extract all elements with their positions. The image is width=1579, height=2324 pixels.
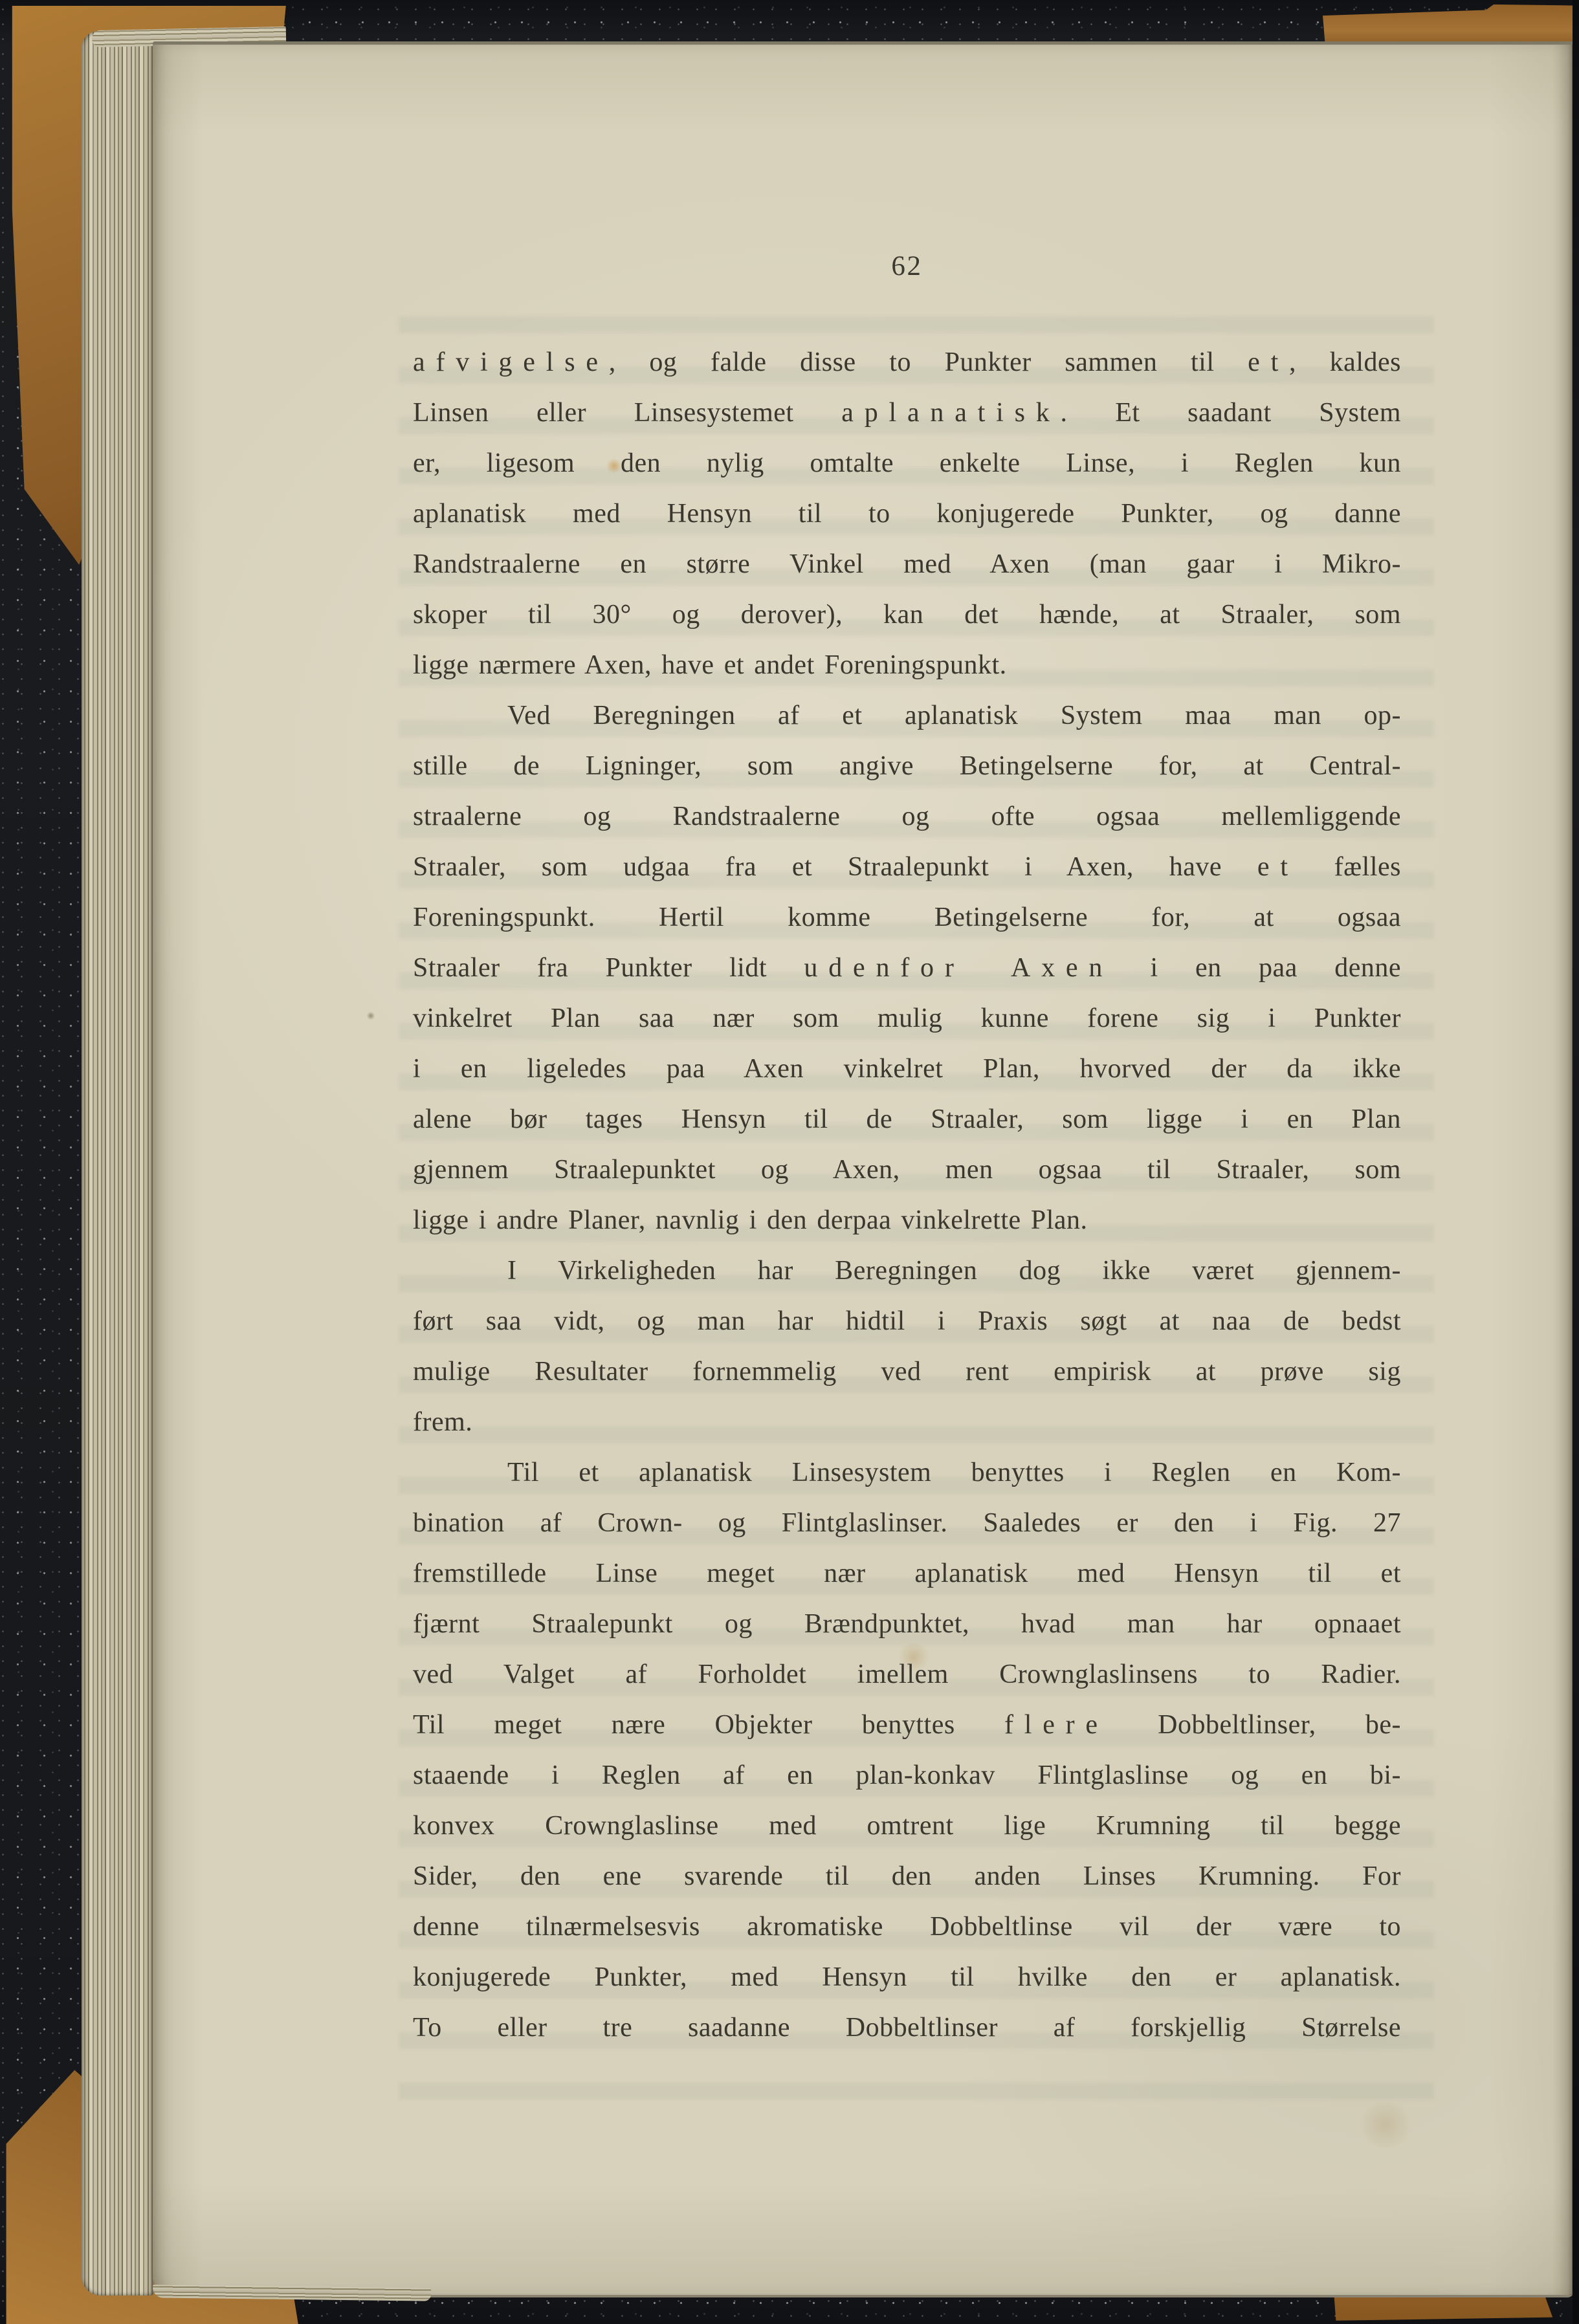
text-segment: bination af Crown- og Flintglaslinser. S… <box>413 1508 1401 1538</box>
text-line: Foreningspunkt. Hertil komme Betingelser… <box>413 892 1401 943</box>
paper-stain <box>1356 2102 1415 2147</box>
letterspaced-text: et <box>1248 347 1289 377</box>
text-segment: Sider, den ene svarende til den anden Li… <box>413 1861 1401 1891</box>
text-line: frem. <box>413 1397 1401 1447</box>
paper-stain <box>366 1012 375 1020</box>
text-line: Straaler, som udgaa fra et Straalepunkt … <box>413 842 1401 892</box>
text-segment: Til et aplanatisk Linsesystem benyttes i… <box>507 1458 1401 1487</box>
text-segment: ligge nærmere Axen, have et andet Foreni… <box>413 650 1007 680</box>
text-line: bination af Crown- og Flintglaslinser. S… <box>413 1498 1401 1548</box>
text-segment: Til meget nære Objekter benyttes <box>413 1710 1004 1740</box>
text-line: Ved Beregningen af et aplanatisk System … <box>413 690 1401 741</box>
text-segment: konjugerede Punkter, med Hensyn til hvil… <box>413 1962 1401 1992</box>
text-segment: Ved Beregningen af et aplanatisk System … <box>507 701 1401 730</box>
text-line: mulige Resultater fornemmelig ved rent e… <box>413 1346 1401 1397</box>
text-segment: fjærnt Straalepunkt og Brændpunktet, hva… <box>413 1609 1401 1639</box>
text-line: er, ligesom den nylig omtalte enkelte Li… <box>413 438 1401 488</box>
text-line: afvigelse, og falde disse to Punkter sam… <box>413 337 1401 388</box>
text-line: Til meget nære Objekter benyttes flere D… <box>413 1700 1401 1750</box>
book-page: 62 afvigelse, og falde disse to Punkter … <box>153 41 1574 2297</box>
text-segment: Dobbeltlinser, be- <box>1109 1710 1401 1740</box>
text-line: Straaler fra Punkter lidt udenfor Axen i… <box>413 943 1401 993</box>
text-segment: gjennem Straalepunktet og Axen, men ogsa… <box>413 1155 1401 1185</box>
text-segment: Straaler fra Punkter lidt <box>413 953 804 983</box>
text-segment: Randstraalerne en større Vinkel med Axen… <box>413 549 1401 579</box>
text-line: fremstillede Linse meget nær aplanatisk … <box>413 1548 1401 1599</box>
text-line: aplanatisk med Hensyn til to konjugerede… <box>413 488 1401 539</box>
text-segment: ligge i andre Planer, navnlig i den derp… <box>413 1205 1088 1235</box>
text-segment: i en paa denne <box>1113 953 1401 983</box>
text-segment: I Virkeligheden har Beregningen dog ikke… <box>507 1256 1401 1286</box>
text-segment: Linsen eller Linsesystemet <box>413 398 841 428</box>
book-photo: 62 afvigelse, og falde disse to Punkter … <box>0 0 1579 2324</box>
text-segment: Straaler, som udgaa fra et Straalepunkt … <box>413 852 1257 882</box>
text-segment: ført saa vidt, og man har hidtil i Praxi… <box>413 1306 1401 1336</box>
text-segment: frem. <box>413 1407 472 1437</box>
page-number: 62 <box>413 250 1401 283</box>
letterspaced-text: aplanatisk <box>841 398 1060 428</box>
text-segment: Foreningspunkt. Hertil komme Betingelser… <box>413 903 1401 932</box>
text-segment: aplanatisk med Hensyn til to konjugerede… <box>413 499 1401 529</box>
text-segment: . Et saadant System <box>1061 398 1401 428</box>
text-line: stille de Ligninger, som angive Betingel… <box>413 741 1401 791</box>
text-line: Til et aplanatisk Linsesystem benyttes i… <box>413 1447 1401 1498</box>
cover-edge-right <box>1573 0 1579 2324</box>
text-line: ligge nærmere Axen, have et andet Foreni… <box>413 640 1401 690</box>
text-segment: staaende i Reglen af en plan-konkav Flin… <box>413 1760 1401 1790</box>
text-segment: straalerne og Randstraalerne og ofte ogs… <box>413 802 1401 831</box>
text-segment: i en ligeledes paa Axen vinkelret Plan, … <box>413 1054 1401 1084</box>
page-fore-edge-right <box>1552 45 1574 2295</box>
text-line: fjærnt Straalepunkt og Brændpunktet, hva… <box>413 1599 1401 1649</box>
letterspaced-text: flere <box>1004 1710 1109 1740</box>
text-segment: ved Valget af Forholdet imellem Crowngla… <box>413 1660 1401 1689</box>
text-line: I Virkeligheden har Beregningen dog ikke… <box>413 1245 1401 1296</box>
text-segment: , og falde disse to Punkter sammen til <box>609 347 1248 377</box>
text-segment: vinkelret Plan saa nær som mulig kunne f… <box>413 1003 1401 1033</box>
text-segment: er, ligesom den nylig omtalte enkelte Li… <box>413 448 1401 478</box>
letterspaced-text: udenfor Axen <box>804 953 1113 983</box>
text-segment: skoper til 30° og derover), kan det hænd… <box>413 600 1401 630</box>
text-line: konvex Crownglaslinse med omtrent lige K… <box>413 1801 1401 1851</box>
text-line: ligge i andre Planer, navnlig i den derp… <box>413 1195 1401 1245</box>
text-line: straalerne og Randstraalerne og ofte ogs… <box>413 791 1401 842</box>
text-segment: , kaldes <box>1289 347 1401 377</box>
text-line: Sider, den ene svarende til den anden Li… <box>413 1851 1401 1902</box>
page-edge-stack-left <box>82 31 154 2296</box>
text-line: ved Valget af Forholdet imellem Crowngla… <box>413 1649 1401 1700</box>
text-segment: alene bør tages Hensyn til de Straaler, … <box>413 1104 1401 1134</box>
text-line: ført saa vidt, og man har hidtil i Praxi… <box>413 1296 1401 1346</box>
text-line: Linsen eller Linsesystemet aplanatisk. E… <box>413 388 1401 438</box>
text-segment: fremstillede Linse meget nær aplanatisk … <box>413 1559 1401 1588</box>
text-segment: To eller tre saadanne Dobbeltlinser af f… <box>413 2013 1401 2043</box>
text-line: skoper til 30° og derover), kan det hænd… <box>413 589 1401 640</box>
text-block: afvigelse, og falde disse to Punkter sam… <box>413 337 1401 2053</box>
text-segment: denne tilnærmelsesvis akromatiske Dobbel… <box>413 1912 1401 1942</box>
text-line: alene bør tages Hensyn til de Straaler, … <box>413 1094 1401 1145</box>
text-line: konjugerede Punkter, med Hensyn til hvil… <box>413 1952 1401 2002</box>
text-segment: konvex Crownglaslinse med omtrent lige K… <box>413 1811 1401 1841</box>
text-segment: fælles <box>1299 852 1401 882</box>
text-line: staaende i Reglen af en plan-konkav Flin… <box>413 1750 1401 1801</box>
text-line: Randstraalerne en større Vinkel med Axen… <box>413 539 1401 589</box>
text-line: vinkelret Plan saa nær som mulig kunne f… <box>413 993 1401 1044</box>
letterspaced-text: afvigelse <box>413 347 609 377</box>
letterspaced-text: et <box>1257 852 1299 882</box>
text-line: To eller tre saadanne Dobbeltlinser af f… <box>413 2002 1401 2053</box>
text-line: gjennem Straalepunktet og Axen, men ogsa… <box>413 1145 1401 1195</box>
text-line: denne tilnærmelsesvis akromatiske Dobbel… <box>413 1902 1401 1952</box>
text-segment: stille de Ligninger, som angive Betingel… <box>413 751 1401 781</box>
text-line: i en ligeledes paa Axen vinkelret Plan, … <box>413 1044 1401 1094</box>
text-segment: mulige Resultater fornemmelig ved rent e… <box>413 1357 1401 1387</box>
